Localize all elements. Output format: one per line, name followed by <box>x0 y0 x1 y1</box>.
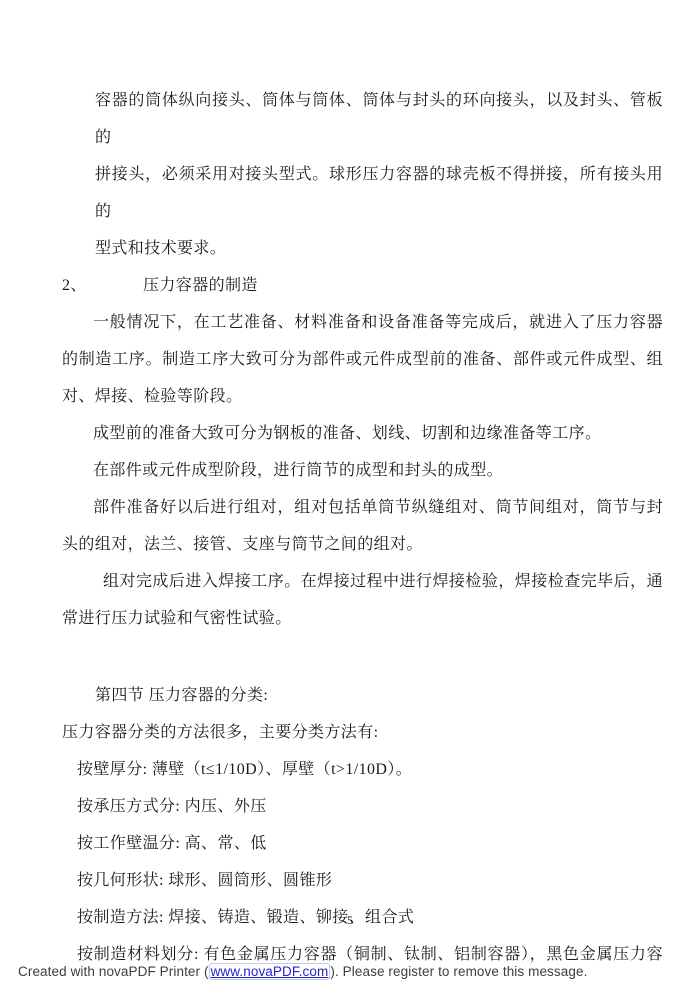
heading-number: 2、 <box>62 267 143 304</box>
paragraph6-line2: 常进行压力试验和气密性试验。 <box>62 600 663 637</box>
paragraph1-line1: 容器的筒体纵向接头、筒体与筒体、筒体与封头的环向接头，以及封头、管板的 <box>62 82 663 156</box>
section4-heading: 第四节 压力容器的分类: <box>62 677 663 714</box>
section4-intro: 压力容器分类的方法很多，主要分类方法有: <box>62 714 663 751</box>
paragraph2-line3: 对、焊接、检验等阶段。 <box>62 378 663 415</box>
page-number: 5 <box>0 911 700 929</box>
document-page: { "content": { "para1": { "l1": "容器的筒体纵向… <box>0 0 700 989</box>
footer-prefix: Created with novaPDF Printer ( <box>18 964 209 979</box>
paragraph6-line1: 组对完成后进入焊接工序。在焊接过程中进行焊接检验，焊接检查完毕后，通 <box>62 563 663 600</box>
heading-title: 压力容器的制造 <box>143 277 258 294</box>
paragraph1-line2: 拼接头，必须采用对接头型式。球形压力容器的球壳板不得拼接，所有接头用的 <box>62 156 663 230</box>
classification-item-wall-temperature: 按工作壁温分: 高、常、低 <box>62 825 663 862</box>
classification-item-pressure-mode: 按承压方式分: 内压、外压 <box>62 788 663 825</box>
document-body: 容器的筒体纵向接头、筒体与筒体、筒体与封头的环向接头，以及封头、管板的 拼接头，… <box>0 0 700 973</box>
paragraph2-line2: 的制造工序。制造工序大致可分为部件或元件成型前的准备、部件或元件成型、组 <box>62 341 663 378</box>
paragraph5-line2: 头的组对，法兰、接管、支座与筒节之间的组对。 <box>62 526 663 563</box>
footer-suffix: ). Please register to remove this messag… <box>330 964 587 979</box>
paragraph2-line1: 一般情况下，在工艺准备、材料准备和设备准备等完成后，就进入了压力容器 <box>62 304 663 341</box>
paragraph5-line1: 部件准备好以后进行组对，组对包括单筒节纵缝组对、筒节间组对，筒节与封 <box>62 489 663 526</box>
paragraph4-line1: 在部件或元件成型阶段，进行筒节的成型和封头的成型。 <box>62 452 663 489</box>
paragraph3-line1: 成型前的准备大致可分为钢板的准备、划线、切割和边缘准备等工序。 <box>62 415 663 452</box>
heading-manufacture: 2、压力容器的制造 <box>62 267 663 304</box>
classification-item-geometry: 按几何形状: 球形、圆筒形、圆锥形 <box>62 862 663 899</box>
novapdf-link[interactable]: www.novaPDF.com <box>209 963 331 980</box>
paragraph1-line3: 型式和技术要求。 <box>62 230 663 267</box>
classification-item-wall-thickness: 按壁厚分: 薄壁（t≤1/10D）、厚壁（t>1/10D）。 <box>62 751 663 788</box>
footer-note: Created with novaPDF Printer (www.novaPD… <box>18 963 587 981</box>
